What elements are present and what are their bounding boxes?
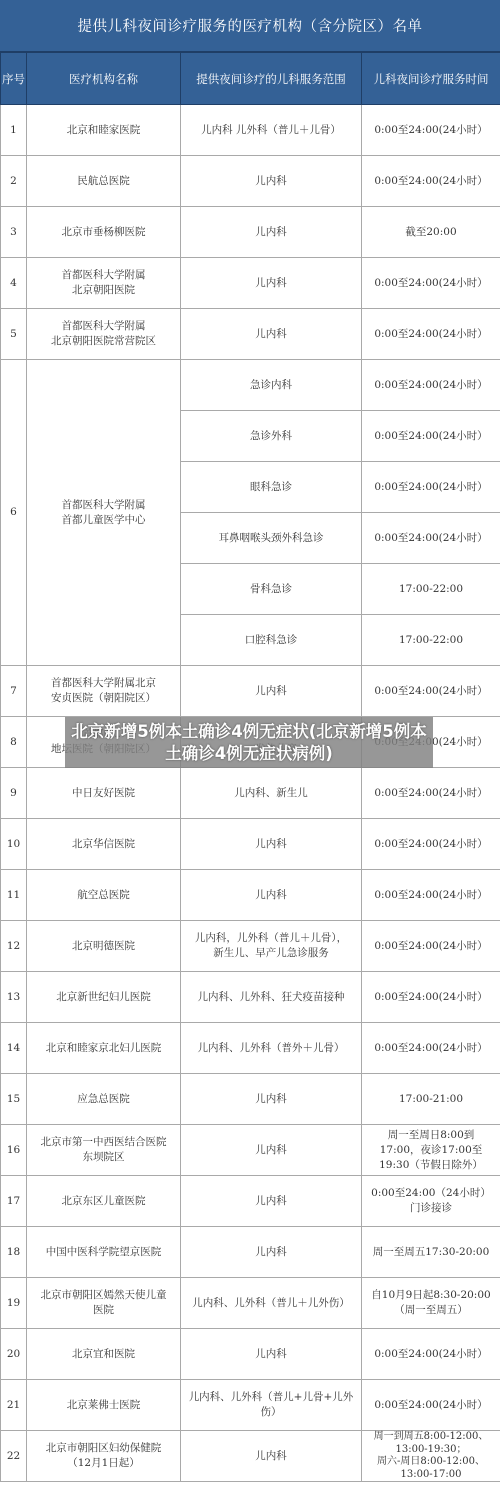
institution-name: 中国中医科学院望京医院 [27, 1227, 181, 1278]
institution-name: 北京市朝阳区妇幼保健院（12月1日起） [27, 1431, 181, 1482]
cell-line: 0:00至24:00(24小时） [365, 990, 497, 1005]
row-number: 20 [1, 1329, 27, 1380]
institution-name: 北京华信医院 [27, 819, 181, 870]
table-row: 18中国中医科学院望京医院儿内科周一至周五17:30-20:00 [1, 1227, 500, 1278]
cell-line: 北京市第一中西医结合医院 [30, 1135, 177, 1150]
institution-name: 北京和睦家京北妇儿医院 [27, 1023, 181, 1074]
institution-name: 北京宜和医院 [27, 1329, 181, 1380]
cell-line: 儿内科 [184, 174, 358, 189]
table-row: 4首都医科大学附属北京朝阳医院儿内科0:00至24:00(24小时） [1, 258, 500, 309]
cell-line: 周六-周日8:00-12:00、 [365, 1456, 497, 1469]
cell-line: 北京朝阳医院 [30, 283, 177, 298]
institution-name: 中日友好医院 [27, 768, 181, 819]
service-scope: 儿内科、儿外科（普儿＋儿外伤） [181, 1278, 362, 1329]
table-row: 21北京莱佛士医院儿内科、儿外科（普儿+儿骨+儿外伤）0:00至24:00(24… [1, 1380, 500, 1431]
cell-line: 0:00至24:00(24小时） [365, 174, 497, 189]
cell-line: 儿内科 [184, 837, 358, 852]
cell-line: 0:00至24:00（24小时） [365, 1186, 497, 1201]
cell-line: 北京和睦家医院 [30, 123, 177, 138]
service-hours: 0:00至24:00(24小时） [362, 666, 500, 717]
cell-line: 北京市朝阳区妇幼保健院 [30, 1441, 177, 1456]
table-row: 2民航总医院儿内科0:00至24:00(24小时） [1, 156, 500, 207]
cell-line: 民航总医院 [30, 174, 177, 189]
table-body: 1北京和睦家医院儿内科 儿外科（普儿＋儿骨）0:00至24:00(24小时）2民… [1, 105, 500, 1482]
cell-line: 截至20:00 [365, 225, 497, 240]
cell-line: 13:00-17:00 [365, 1469, 497, 1482]
service-hours: 0:00至24:00(24小时） [362, 819, 500, 870]
institution-name: 首都医科大学附属北京朝阳医院 [27, 258, 181, 309]
service-hours: 0:00至24:00(24小时） [362, 156, 500, 207]
table-row: 1北京和睦家医院儿内科 儿外科（普儿＋儿骨）0:00至24:00(24小时） [1, 105, 500, 156]
cell-line: 门诊接诊 [365, 1201, 497, 1216]
table-row: 14北京和睦家京北妇儿医院儿内科、儿外科（普外＋儿骨）0:00至24:00(24… [1, 1023, 500, 1074]
cell-line: 北京市垂杨柳医院 [30, 225, 177, 240]
cell-line: 儿内科 儿外科（普儿＋儿骨） [184, 123, 358, 138]
institution-name: 首都医科大学附属北京安贞医院（朝阳院区） [27, 666, 181, 717]
row-number: 7 [1, 666, 27, 717]
institution-name: 北京东区儿童医院 [27, 1176, 181, 1227]
cell-line: 19:30（节假日除外） [365, 1158, 497, 1173]
service-hours: 0:00至24:00(24小时） [362, 513, 500, 564]
cell-line: 0:00至24:00(24小时） [365, 1347, 497, 1362]
news-headline-overlay: 北京新增5例本土确诊4例无症状(北京新增5例本土确诊4例无症状病例) [65, 717, 433, 768]
cell-line: 0:00至24:00(24小时） [365, 684, 497, 699]
cell-line: 儿内科 [184, 1245, 358, 1260]
cell-line: 北京华信医院 [30, 837, 177, 852]
service-hours: 截至20:00 [362, 207, 500, 258]
table-row: 11航空总医院儿内科0:00至24:00(24小时） [1, 870, 500, 921]
cell-line: 北京朝阳医院常营院区 [30, 334, 177, 349]
service-hours: 0:00至24:00(24小时） [362, 1329, 500, 1380]
service-hours: 0:00至24:00(24小时） [362, 462, 500, 513]
cell-line: 儿内科 [184, 1143, 358, 1158]
service-hours: 周一到周五8:00-12:00、13:00-19:30；周六-周日8:00-12… [362, 1431, 500, 1482]
cell-line: 首都医科大学附属 [30, 498, 177, 513]
row-number: 8 [1, 717, 27, 768]
service-scope: 儿内科 [181, 1074, 362, 1125]
header-institution: 医疗机构名称 [27, 53, 181, 105]
cell-line: 伤） [184, 1405, 358, 1420]
cell-line: 北京和睦家京北妇儿医院 [30, 1041, 177, 1056]
cell-line: 医院 [30, 1303, 177, 1318]
cell-line: 儿内科 [184, 327, 358, 342]
cell-line: 儿内科、儿外科（普外＋儿骨） [184, 1041, 358, 1056]
cell-line: 儿内科，儿外科（普儿＋儿骨）， [184, 931, 358, 946]
row-number: 11 [1, 870, 27, 921]
table-header-row: 序号 医疗机构名称 提供夜间诊疗的儿科服务范围 儿科夜间诊疗服务时间 [1, 53, 500, 105]
row-number: 3 [1, 207, 27, 258]
institution-name: 北京市第一中西医结合医院东坝院区 [27, 1125, 181, 1176]
cell-line: 北京明德医院 [30, 939, 177, 954]
row-number: 4 [1, 258, 27, 309]
row-number: 22 [1, 1431, 27, 1482]
service-hours: 周一至周日8:00到17:00，夜诊17:00至19:30（节假日除外） [362, 1125, 500, 1176]
table-row: 12北京明德医院儿内科，儿外科（普儿＋儿骨），新生儿、早产儿急诊服务0:00至2… [1, 921, 500, 972]
table-row: 6首都医科大学附属首都儿童医学中心急诊内科0:00至24:00(24小时） [1, 360, 500, 411]
cell-line: 17:00-21:00 [365, 1092, 497, 1107]
row-number: 12 [1, 921, 27, 972]
service-scope: 儿内科 [181, 819, 362, 870]
service-scope: 儿内科 [181, 1176, 362, 1227]
row-number: 14 [1, 1023, 27, 1074]
service-hours: 0:00至24:00（24小时）门诊接诊 [362, 1176, 500, 1227]
cell-line: 周一到周五8:00-12:00、 [365, 1431, 497, 1444]
cell-line: 中国中医科学院望京医院 [30, 1245, 177, 1260]
service-scope: 儿内科 [181, 156, 362, 207]
cell-line: 13:00-19:30； [365, 1444, 497, 1457]
service-scope: 儿内科，儿外科（普儿＋儿骨），新生儿、早产儿急诊服务 [181, 921, 362, 972]
cell-line: 北京新世纪妇儿医院 [30, 990, 177, 1005]
institution-name: 首都医科大学附属首都儿童医学中心 [27, 360, 181, 666]
service-hours: 0:00至24:00(24小时） [362, 870, 500, 921]
cell-line: 0:00至24:00(24小时） [365, 1398, 497, 1413]
service-hours: 0:00至24:00(24小时） [362, 1023, 500, 1074]
service-hours: 自10月9日起8:30-20:00（周一至周五） [362, 1278, 500, 1329]
cell-line: 0:00至24:00(24小时） [365, 786, 497, 801]
institution-name: 北京和睦家医院 [27, 105, 181, 156]
service-scope: 儿内科、新生儿 [181, 768, 362, 819]
service-scope: 儿内科 [181, 870, 362, 921]
service-hours: 0:00至24:00(24小时） [362, 972, 500, 1023]
service-hours: 17:00-22:00 [362, 615, 500, 666]
cell-line: （12月1日起） [30, 1456, 177, 1471]
service-scope: 儿内科 [181, 1227, 362, 1278]
institution-name: 北京市垂杨柳医院 [27, 207, 181, 258]
cell-line: 儿内科 [184, 276, 358, 291]
service-scope: 儿内科 儿外科（普儿＋儿骨） [181, 105, 362, 156]
cell-line: 周一至周五17:30-20:00 [365, 1245, 497, 1260]
row-number: 17 [1, 1176, 27, 1227]
cell-line: 儿内科 [184, 888, 358, 903]
table-row: 5首都医科大学附属北京朝阳医院常营院区儿内科0:00至24:00(24小时） [1, 309, 500, 360]
sheet-title: 提供儿科夜间诊疗服务的医疗机构（含分院区）名单 [0, 0, 500, 52]
service-scope: 儿内科、儿外科（普外＋儿骨） [181, 1023, 362, 1074]
cell-line: 北京莱佛士医院 [30, 1398, 177, 1413]
table-row: 15应急总医院儿内科17:00-21:00 [1, 1074, 500, 1125]
service-scope: 急诊外科 [181, 411, 362, 462]
cell-line: 北京宜和医院 [30, 1347, 177, 1362]
cell-line: 儿内科 [184, 684, 358, 699]
header-hours: 儿科夜间诊疗服务时间 [362, 53, 500, 105]
cell-line: 儿内科 [184, 1449, 358, 1464]
header-no: 序号 [1, 53, 27, 105]
cell-line: 首都医科大学附属 [30, 319, 177, 334]
cell-line: 东坝院区 [30, 1150, 177, 1165]
service-scope: 儿内科 [181, 309, 362, 360]
institution-name: 北京明德医院 [27, 921, 181, 972]
cell-line: 0:00至24:00(24小时） [365, 939, 497, 954]
cell-line: 17:00，夜诊17:00至 [365, 1143, 497, 1158]
service-hours: 17:00-21:00 [362, 1074, 500, 1125]
table-row: 16北京市第一中西医结合医院东坝院区儿内科周一至周日8:00到17:00，夜诊1… [1, 1125, 500, 1176]
row-number: 16 [1, 1125, 27, 1176]
service-hours: 0:00至24:00(24小时） [362, 768, 500, 819]
row-number: 10 [1, 819, 27, 870]
cell-line: 北京东区儿童医院 [30, 1194, 177, 1209]
service-hours: 0:00至24:00(24小时） [362, 1380, 500, 1431]
service-scope: 急诊内科 [181, 360, 362, 411]
service-scope: 儿内科、儿外科（普儿+儿骨+儿外伤） [181, 1380, 362, 1431]
row-number: 18 [1, 1227, 27, 1278]
institution-name: 首都医科大学附属北京朝阳医院常营院区 [27, 309, 181, 360]
table-row: 7首都医科大学附属北京安贞医院（朝阳院区）儿内科0:00至24:00(24小时） [1, 666, 500, 717]
cell-line: 0:00至24:00(24小时） [365, 837, 497, 852]
row-number: 21 [1, 1380, 27, 1431]
table-row: 17北京东区儿童医院儿内科0:00至24:00（24小时）门诊接诊 [1, 1176, 500, 1227]
cell-line: 儿内科 [184, 1092, 358, 1107]
cell-line: 儿内科 [184, 1347, 358, 1362]
service-hours: 周一至周五17:30-20:00 [362, 1227, 500, 1278]
cell-line: 应急总医院 [30, 1092, 177, 1107]
table-row: 9中日友好医院儿内科、新生儿0:00至24:00(24小时） [1, 768, 500, 819]
service-hours: 0:00至24:00(24小时） [362, 921, 500, 972]
service-scope: 儿内科 [181, 1329, 362, 1380]
institution-name: 北京新世纪妇儿医院 [27, 972, 181, 1023]
cell-line: 航空总医院 [30, 888, 177, 903]
table-row: 3北京市垂杨柳医院儿内科截至20:00 [1, 207, 500, 258]
cell-line: 儿内科 [184, 1194, 358, 1209]
cell-line: （周一至周五） [365, 1303, 497, 1318]
row-number: 2 [1, 156, 27, 207]
row-number: 15 [1, 1074, 27, 1125]
cell-line: 周一至周日8:00到 [365, 1128, 497, 1143]
cell-line: 首都医科大学附属 [30, 268, 177, 283]
row-number: 13 [1, 972, 27, 1023]
service-hours: 0:00至24:00(24小时） [362, 105, 500, 156]
service-scope: 儿内科 [181, 1431, 362, 1482]
cell-line: 中日友好医院 [30, 786, 177, 801]
institution-name: 航空总医院 [27, 870, 181, 921]
cell-line: 北京市朝阳区嫣然天使儿童 [30, 1288, 177, 1303]
institution-name: 北京莱佛士医院 [27, 1380, 181, 1431]
row-number: 1 [1, 105, 27, 156]
service-scope: 眼科急诊 [181, 462, 362, 513]
service-hours: 0:00至24:00(24小时） [362, 411, 500, 462]
row-number: 6 [1, 360, 27, 666]
cell-line: 首都医科大学附属北京 [30, 676, 177, 691]
cell-line: 儿内科、新生儿 [184, 786, 358, 801]
table-row: 19北京市朝阳区嫣然天使儿童医院儿内科、儿外科（普儿＋儿外伤）自10月9日起8:… [1, 1278, 500, 1329]
row-number: 9 [1, 768, 27, 819]
service-scope: 儿内科 [181, 1125, 362, 1176]
table-row: 10北京华信医院儿内科0:00至24:00(24小时） [1, 819, 500, 870]
institution-name: 应急总医院 [27, 1074, 181, 1125]
table-row: 13北京新世纪妇儿医院儿内科、儿外科、狂犬疫苗接种0:00至24:00(24小时… [1, 972, 500, 1023]
cell-line: 儿内科 [184, 225, 358, 240]
cell-line: 儿内科、儿外科（普儿＋儿外伤） [184, 1296, 358, 1311]
cell-line: 0:00至24:00(24小时） [365, 1041, 497, 1056]
row-number: 5 [1, 309, 27, 360]
service-scope: 口腔科急诊 [181, 615, 362, 666]
cell-line: 新生儿、早产儿急诊服务 [184, 946, 358, 961]
service-hours: 0:00至24:00(24小时） [362, 309, 500, 360]
institution-name: 民航总医院 [27, 156, 181, 207]
service-hours: 17:00-22:00 [362, 564, 500, 615]
service-scope: 儿内科 [181, 258, 362, 309]
service-scope: 儿内科 [181, 207, 362, 258]
service-scope: 儿内科、儿外科、狂犬疫苗接种 [181, 972, 362, 1023]
service-scope: 骨科急诊 [181, 564, 362, 615]
cell-line: 安贞医院（朝阳院区） [30, 691, 177, 706]
service-scope: 儿内科 [181, 666, 362, 717]
institution-name: 北京市朝阳区嫣然天使儿童医院 [27, 1278, 181, 1329]
cell-line: 儿内科、儿外科（普儿+儿骨+儿外 [184, 1390, 358, 1405]
cell-line: 首都儿童医学中心 [30, 513, 177, 528]
cell-line: 0:00至24:00(24小时） [365, 888, 497, 903]
header-scope: 提供夜间诊疗的儿科服务范围 [181, 53, 362, 105]
table-row: 22北京市朝阳区妇幼保健院（12月1日起）儿内科周一到周五8:00-12:00、… [1, 1431, 500, 1482]
cell-line: 自10月9日起8:30-20:00 [365, 1288, 497, 1303]
service-hours: 0:00至24:00(24小时） [362, 258, 500, 309]
row-number: 19 [1, 1278, 27, 1329]
cell-line: 0:00至24:00(24小时） [365, 327, 497, 342]
cell-line: 儿内科、儿外科、狂犬疫苗接种 [184, 990, 358, 1005]
cell-line: 0:00至24:00(24小时） [365, 123, 497, 138]
service-hours: 0:00至24:00(24小时） [362, 360, 500, 411]
service-scope: 耳鼻咽喉头颈外科急诊 [181, 513, 362, 564]
cell-line: 0:00至24:00(24小时） [365, 276, 497, 291]
table-row: 20北京宜和医院儿内科0:00至24:00(24小时） [1, 1329, 500, 1380]
